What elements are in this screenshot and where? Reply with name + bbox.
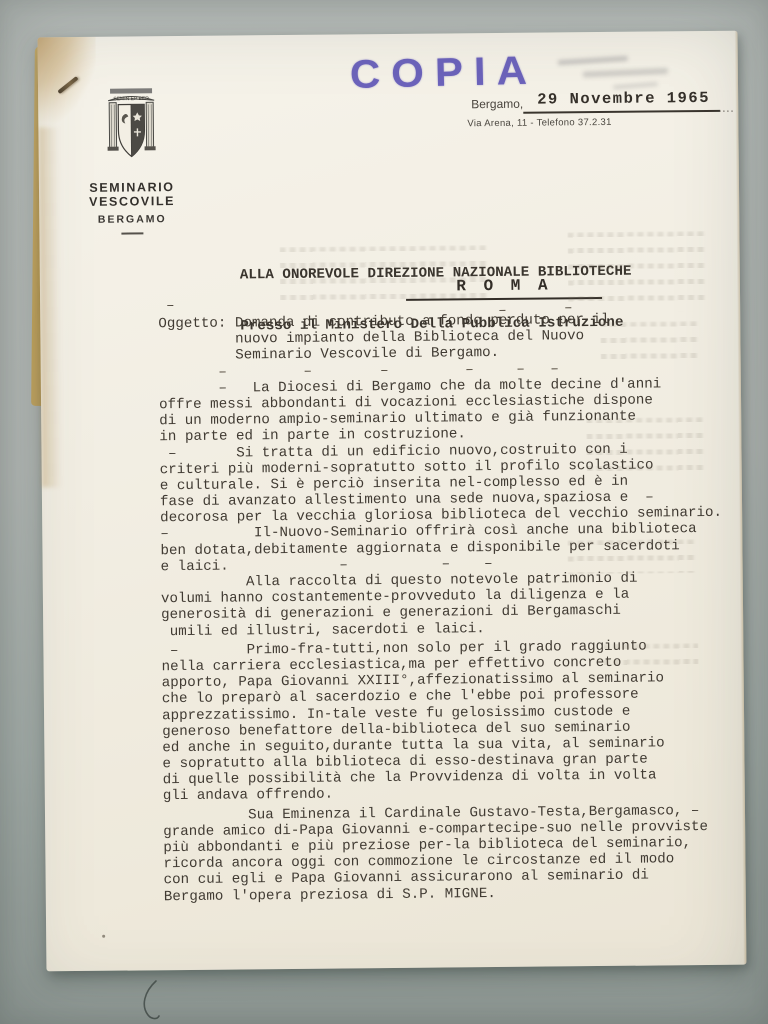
paragraph-4: Alla raccolta di questo notevole patrimo… (161, 570, 742, 640)
address-phone: Via Arena, 11 - Telefono 37.2.31 (467, 117, 611, 129)
paragraph-6: Sua Eminenza il Cardinale Gustavo-Testa,… (163, 802, 744, 905)
crest-caption: SEMIN EP BER (113, 96, 149, 102)
letter-page: SEMIN EP BER SEMINARIO VESCOVILE BERGAMO… (38, 31, 747, 972)
letterhead: SEMIN EP BER SEMINARIO VESCOVILE BERGAMO (56, 86, 207, 235)
paragraph-1: – La Diocesi di Bergamo che da molte dec… (159, 375, 740, 445)
dateline-dots: .... (718, 103, 734, 115)
letter-body: Oggetto: Domanda di contributo a fondo p… (158, 311, 744, 905)
subject-block: Oggetto: Domanda di contributo a fondo p… (158, 311, 738, 365)
photo-background: SEMIN EP BER SEMINARIO VESCOVILE BERGAMO… (0, 0, 768, 1024)
paragraph-2: – Si tratta di un edificio nuovo,costrui… (159, 440, 740, 527)
org-name: SEMINARIO VESCOVILE (57, 180, 207, 209)
paragraph-3: – Il-Nuovo-Seminario offrirà così anche … (160, 521, 740, 575)
recipient-city-roma: R O M A (406, 276, 602, 301)
paragraph-5: – Primo-fra-tutti,non solo per il grado … (161, 637, 743, 804)
org-city: BERGAMO (57, 213, 207, 226)
copia-stamp: COPIA (349, 50, 538, 94)
seminary-crest-icon: SEMIN EP BER (100, 86, 163, 165)
letterhead-rule (121, 232, 143, 234)
stray-dash: – (166, 298, 175, 314)
dateline-place: Bergamo, (471, 97, 523, 111)
hair-strand (132, 978, 176, 1024)
paper-speck (102, 935, 105, 938)
dateline-date: 29 Novembre 1965 (523, 89, 720, 114)
faded-stamp (38, 31, 738, 38)
